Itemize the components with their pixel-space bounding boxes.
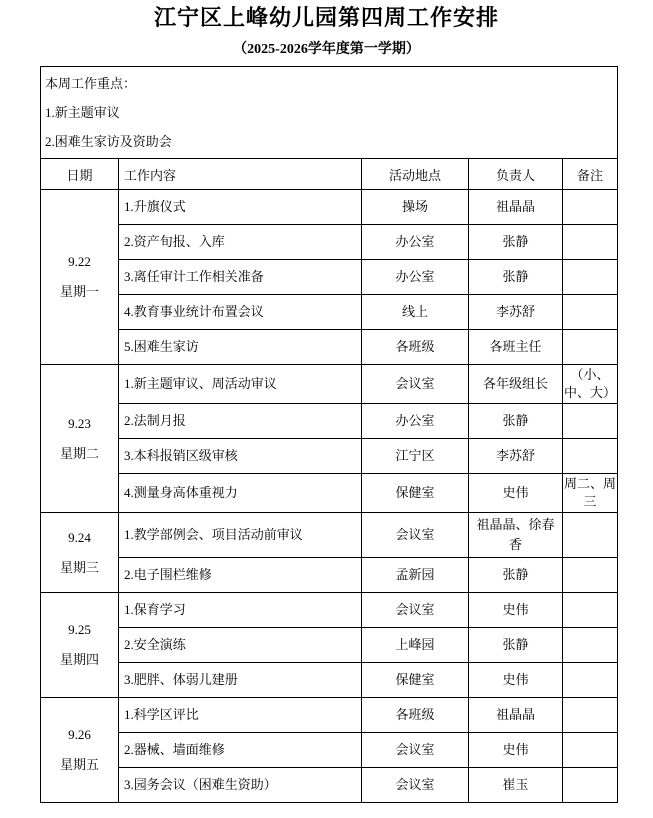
person-cell: 祖晶晶 bbox=[469, 698, 563, 733]
content-cell: 4.测量身高体重视力 bbox=[119, 474, 362, 513]
date-cell: 9.24星期三 bbox=[41, 513, 119, 593]
person-cell: 史伟 bbox=[469, 474, 563, 513]
date-cell: 9.22星期一 bbox=[41, 190, 119, 365]
table-row: 2.安全演练上峰园张静 bbox=[41, 628, 618, 663]
person-cell: 张静 bbox=[469, 225, 563, 260]
focus-heading: 本周工作重点： bbox=[45, 69, 613, 98]
content-cell: 3.离任审计工作相关准备 bbox=[119, 260, 362, 295]
page-title: 江宁区上峰幼儿园第四周工作安排 bbox=[0, 0, 653, 31]
note-cell bbox=[563, 558, 618, 593]
person-cell: 史伟 bbox=[469, 733, 563, 768]
content-cell: 2.安全演练 bbox=[119, 628, 362, 663]
content-cell: 3.本科报销区级审核 bbox=[119, 439, 362, 474]
location-cell: 操场 bbox=[362, 190, 469, 225]
table-row: 4.教育事业统计布置会议线上李苏舒 bbox=[41, 295, 618, 330]
note-cell bbox=[563, 768, 618, 803]
table-row: 9.23星期二1.新主题审议、周活动审议会议室各年级组长（小、中、大） bbox=[41, 365, 618, 404]
person-cell: 张静 bbox=[469, 558, 563, 593]
note-cell bbox=[563, 225, 618, 260]
person-cell: 张静 bbox=[469, 260, 563, 295]
content-cell: 1.保育学习 bbox=[119, 593, 362, 628]
table-row: 4.测量身高体重视力保健室史伟周二、周三 bbox=[41, 474, 618, 513]
note-cell bbox=[563, 663, 618, 698]
date-cell: 9.25星期四 bbox=[41, 593, 119, 698]
weekly-schedule-table: 本周工作重点： 1.新主题审议 2.困难生家访及资助会 日期 工作内容 活动地点… bbox=[40, 66, 618, 803]
content-cell: 2.资产旬报、入库 bbox=[119, 225, 362, 260]
note-cell bbox=[563, 628, 618, 663]
person-cell: 崔玉 bbox=[469, 768, 563, 803]
content-cell: 3.园务会议（困难生资助） bbox=[119, 768, 362, 803]
focus-row: 本周工作重点： 1.新主题审议 2.困难生家访及资助会 bbox=[41, 67, 618, 159]
location-cell: 办公室 bbox=[362, 260, 469, 295]
location-cell: 孟新园 bbox=[362, 558, 469, 593]
schedule-body: 9.22星期一1.升旗仪式操场祖晶晶2.资产旬报、入库办公室张静3.离任审计工作… bbox=[41, 190, 618, 803]
note-cell bbox=[563, 439, 618, 474]
date-label: 9.25 bbox=[43, 615, 116, 645]
note-cell: （小、中、大） bbox=[563, 365, 618, 404]
note-cell bbox=[563, 733, 618, 768]
note-cell bbox=[563, 190, 618, 225]
person-cell: 各班主任 bbox=[469, 330, 563, 365]
location-cell: 会议室 bbox=[362, 593, 469, 628]
location-cell: 会议室 bbox=[362, 733, 469, 768]
content-cell: 3.肥胖、体弱儿建册 bbox=[119, 663, 362, 698]
table-row: 5.困难生家访各班级各班主任 bbox=[41, 330, 618, 365]
content-cell: 1.教学部例会、项目活动前审议 bbox=[119, 513, 362, 558]
person-cell: 李苏舒 bbox=[469, 439, 563, 474]
note-cell bbox=[563, 295, 618, 330]
location-cell: 会议室 bbox=[362, 513, 469, 558]
table-row: 3.肥胖、体弱儿建册保健室史伟 bbox=[41, 663, 618, 698]
table-row: 3.本科报销区级审核江宁区李苏舒 bbox=[41, 439, 618, 474]
content-cell: 2.器械、墙面维修 bbox=[119, 733, 362, 768]
note-cell bbox=[563, 260, 618, 295]
column-header-person: 负责人 bbox=[469, 159, 563, 190]
table-row: 3.园务会议（困难生资助）会议室崔玉 bbox=[41, 768, 618, 803]
focus-item: 1.新主题审议 bbox=[45, 98, 613, 127]
table-row: 2.法制月报办公室张静 bbox=[41, 404, 618, 439]
date-label: 9.26 bbox=[43, 720, 116, 750]
focus-item: 2.困难生家访及资助会 bbox=[45, 127, 613, 156]
person-cell: 张静 bbox=[469, 628, 563, 663]
content-cell: 1.升旗仪式 bbox=[119, 190, 362, 225]
person-cell: 祖晶晶、徐春香 bbox=[469, 513, 563, 558]
note-cell: 周二、周三 bbox=[563, 474, 618, 513]
content-cell: 5.困难生家访 bbox=[119, 330, 362, 365]
content-cell: 4.教育事业统计布置会议 bbox=[119, 295, 362, 330]
table-row: 9.26星期五1.科学区评比各班级祖晶晶 bbox=[41, 698, 618, 733]
table-row: 9.24星期三1.教学部例会、项目活动前审议会议室祖晶晶、徐春香 bbox=[41, 513, 618, 558]
weekday-label: 星期二 bbox=[43, 439, 116, 469]
table-row: 9.22星期一1.升旗仪式操场祖晶晶 bbox=[41, 190, 618, 225]
content-cell: 2.电子围栏维修 bbox=[119, 558, 362, 593]
table-header-row: 日期 工作内容 活动地点 负责人 备注 bbox=[41, 159, 618, 190]
location-cell: 会议室 bbox=[362, 768, 469, 803]
location-cell: 办公室 bbox=[362, 404, 469, 439]
note-cell bbox=[563, 698, 618, 733]
weekday-label: 星期五 bbox=[43, 750, 116, 780]
location-cell: 各班级 bbox=[362, 330, 469, 365]
person-cell: 李苏舒 bbox=[469, 295, 563, 330]
weekly-focus-cell: 本周工作重点： 1.新主题审议 2.困难生家访及资助会 bbox=[41, 67, 618, 159]
location-cell: 上峰园 bbox=[362, 628, 469, 663]
column-header-location: 活动地点 bbox=[362, 159, 469, 190]
location-cell: 各班级 bbox=[362, 698, 469, 733]
table-row: 2.器械、墙面维修会议室史伟 bbox=[41, 733, 618, 768]
table-row: 2.电子围栏维修孟新园张静 bbox=[41, 558, 618, 593]
content-cell: 1.新主题审议、周活动审议 bbox=[119, 365, 362, 404]
location-cell: 保健室 bbox=[362, 663, 469, 698]
person-cell: 张静 bbox=[469, 404, 563, 439]
note-cell bbox=[563, 593, 618, 628]
date-cell: 9.23星期二 bbox=[41, 365, 119, 513]
date-label: 9.22 bbox=[43, 247, 116, 277]
person-cell: 史伟 bbox=[469, 593, 563, 628]
column-header-note: 备注 bbox=[563, 159, 618, 190]
person-cell: 各年级组长 bbox=[469, 365, 563, 404]
location-cell: 办公室 bbox=[362, 225, 469, 260]
table-row: 3.离任审计工作相关准备办公室张静 bbox=[41, 260, 618, 295]
content-cell: 2.法制月报 bbox=[119, 404, 362, 439]
column-header-date: 日期 bbox=[41, 159, 119, 190]
table-row: 2.资产旬报、入库办公室张静 bbox=[41, 225, 618, 260]
person-cell: 史伟 bbox=[469, 663, 563, 698]
location-cell: 保健室 bbox=[362, 474, 469, 513]
column-header-content: 工作内容 bbox=[119, 159, 362, 190]
date-label: 9.24 bbox=[43, 523, 116, 553]
weekday-label: 星期四 bbox=[43, 645, 116, 675]
page-subtitle: （2025-2026学年度第一学期） bbox=[0, 42, 653, 58]
date-label: 9.23 bbox=[43, 409, 116, 439]
location-cell: 会议室 bbox=[362, 365, 469, 404]
table-row: 9.25星期四1.保育学习会议室史伟 bbox=[41, 593, 618, 628]
person-cell: 祖晶晶 bbox=[469, 190, 563, 225]
location-cell: 江宁区 bbox=[362, 439, 469, 474]
location-cell: 线上 bbox=[362, 295, 469, 330]
document-page: 江宁区上峰幼儿园第四周工作安排 （2025-2026学年度第一学期） 本周工作重… bbox=[0, 0, 653, 818]
weekday-label: 星期三 bbox=[43, 553, 116, 583]
note-cell bbox=[563, 404, 618, 439]
date-cell: 9.26星期五 bbox=[41, 698, 119, 803]
note-cell bbox=[563, 330, 618, 365]
note-cell bbox=[563, 513, 618, 558]
content-cell: 1.科学区评比 bbox=[119, 698, 362, 733]
weekday-label: 星期一 bbox=[43, 277, 116, 307]
